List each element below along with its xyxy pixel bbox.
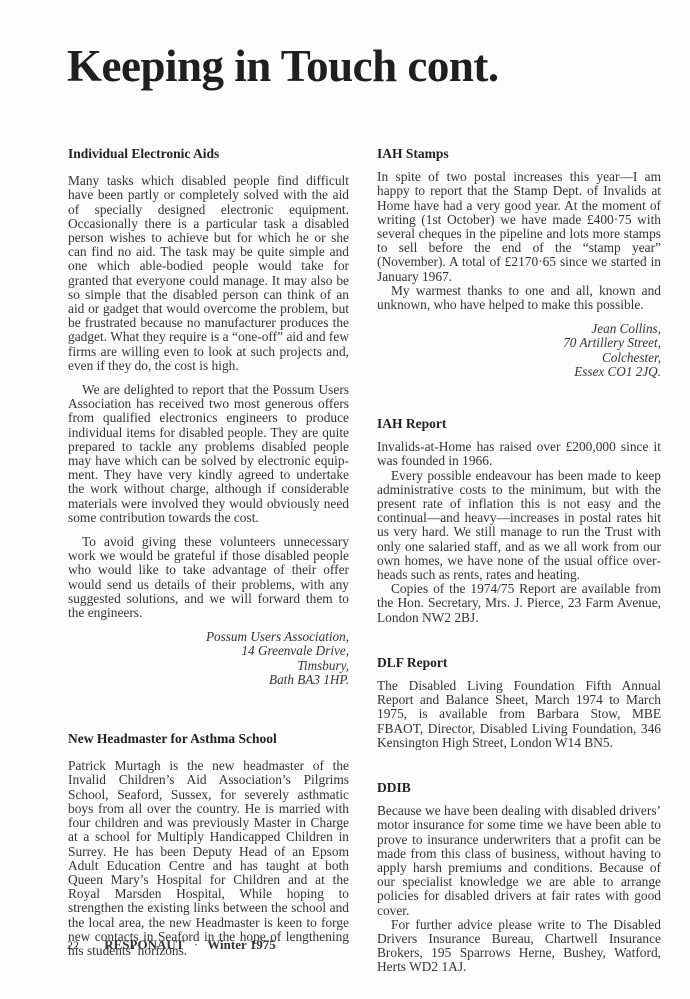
magazine-name: RESPONAUT	[104, 937, 184, 952]
issue-date: Winter 1975	[207, 937, 276, 952]
section-heading: DLF Report	[377, 655, 661, 671]
paragraph: Because we have been dealing with disabl…	[377, 804, 661, 918]
article-new-headmaster: New Headmaster for Asthma School Patrick…	[68, 731, 349, 958]
address-line: 70 Artillery Street,	[377, 336, 661, 350]
spacer	[68, 687, 349, 731]
article-ddib: DDIB Because we have been dealing with d…	[377, 780, 661, 975]
page-title: Keeping in Touch cont.	[67, 42, 499, 92]
left-column: Individual Electronic Aids Many tasks wh…	[68, 146, 349, 958]
page-number: 22	[67, 938, 79, 952]
spacer	[377, 750, 661, 780]
address-line: Jean Collins,	[377, 322, 661, 336]
section-heading: DDIB	[377, 780, 661, 796]
spacer	[377, 379, 661, 416]
address-line: Possum Users Association,	[68, 630, 349, 644]
section-heading: New Headmaster for Asthma School	[68, 731, 349, 747]
spacer	[377, 625, 661, 655]
article-dlf-report: DLF Report The Disabled Living Foundatio…	[377, 655, 661, 750]
section-heading: Individual Electronic Aids	[68, 146, 349, 162]
right-column: IAH Stamps In spite of two postal increa…	[377, 146, 661, 975]
paragraph: Invalids-at-Home has raised over £200,00…	[377, 440, 661, 468]
paragraph: For further advice please write to The D…	[377, 918, 661, 975]
address-line: Timsbury,	[68, 659, 349, 673]
paragraph: My warmest thanks to one and all, known …	[377, 284, 661, 312]
address-line: 14 Greenvale Drive,	[68, 644, 349, 658]
page-footer: 22 RESPONAUT · Winter 1975	[67, 937, 276, 953]
paragraph: To avoid giving these volunteers unneces…	[68, 535, 349, 620]
address-line: Colchester,	[377, 351, 661, 365]
section-heading: IAH Report	[377, 416, 661, 432]
paragraph: The Disabled Living Foundation Fifth Ann…	[377, 679, 661, 750]
paragraph: Copies of the 1974/75 Report are availab…	[377, 582, 661, 625]
paragraph: Many tasks which disabled people find di…	[68, 174, 349, 373]
article-electronic-aids: Individual Electronic Aids Many tasks wh…	[68, 146, 349, 687]
address-block: Jean Collins, 70 Artillery Street, Colch…	[377, 322, 661, 379]
paragraph: Patrick Murtagh is the new headmaster of…	[68, 759, 349, 958]
separator: ·	[194, 937, 198, 952]
address-line: Essex CO1 2JQ.	[377, 365, 661, 379]
paragraph: Every possible endeavour has been made t…	[377, 469, 661, 583]
article-iah-stamps: IAH Stamps In spite of two postal increa…	[377, 146, 661, 379]
paragraph: In spite of two postal increases this ye…	[377, 170, 661, 284]
paragraph: We are delighted to report that the Poss…	[68, 383, 349, 525]
section-heading: IAH Stamps	[377, 146, 661, 162]
address-line: Bath BA3 1HP.	[68, 673, 349, 687]
article-iah-report: IAH Report Invalids-at-Home has raised o…	[377, 416, 661, 625]
address-block: Possum Users Association, 14 Greenvale D…	[68, 630, 349, 687]
